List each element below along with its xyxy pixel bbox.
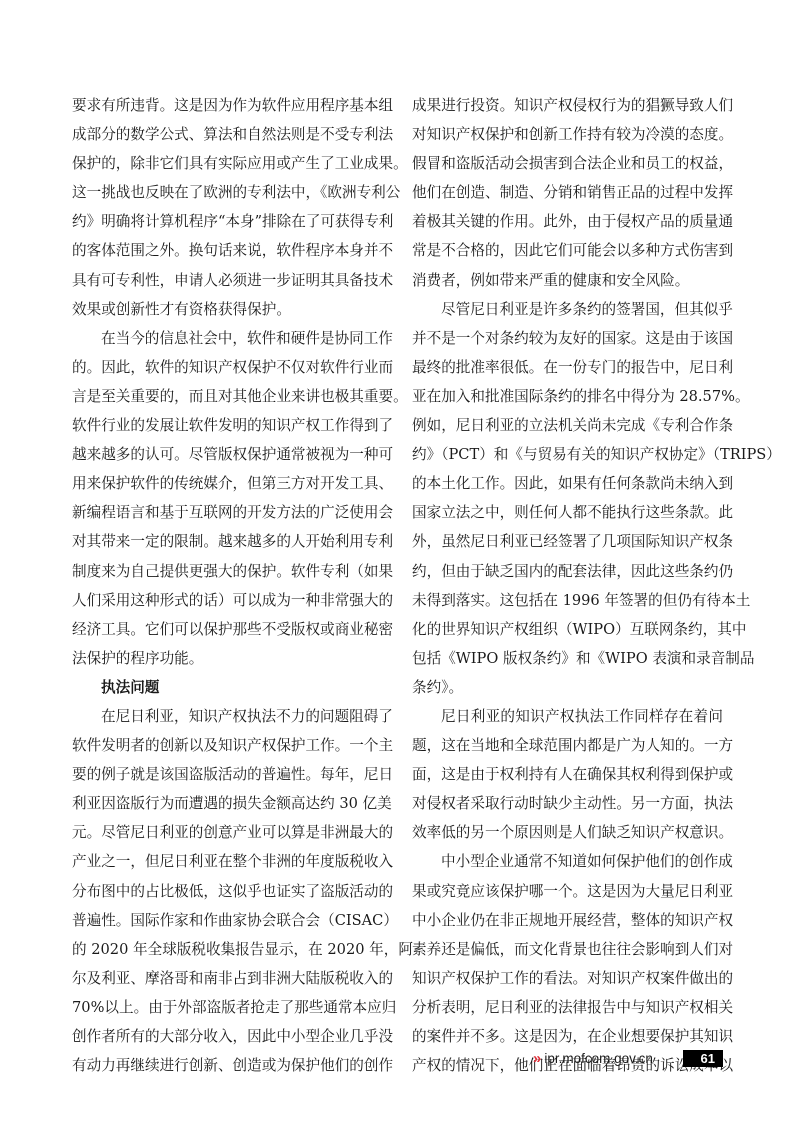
text-line: 效果或创新性才有资格获得保护。 (72, 295, 383, 324)
text-line: 成部分的数学公式、算法和自然法则是不受专利法 (72, 120, 383, 149)
text-line: 化的世界知识产权组织（WIPO）互联网条约，其中 (412, 615, 723, 644)
text-line: 素养还是偏低，而文化背景也往往会影响到人们对 (412, 935, 723, 964)
page-footer: » ipr.mofcom.gov.cn 61 (533, 1048, 653, 1068)
text-line: 假冒和盗版活动会损害到合法企业和员工的权益， (412, 149, 723, 178)
chevron-right-icon: » (533, 1050, 538, 1067)
text-line: 对其带来一定的限制。越来越多的人开始利用专利 (72, 527, 383, 556)
text-line: 这一挑战也反映在了欧洲的专利法中，《欧洲专利公 (72, 178, 383, 207)
text-line: 法保护的程序功能。 (72, 644, 383, 673)
text-line: 包括《WIPO 版权条约》和《WIPO 表演和录音制品 (412, 644, 723, 673)
page-number: 61 (683, 1050, 723, 1067)
text-line: 消费者，例如带来严重的健康和安全风险。 (412, 266, 723, 295)
text-line: 分布图中的占比极低，这似乎也证实了盗版活动的 (72, 877, 383, 906)
text-line: 亚在加入和批准国际条约的排名中得分为 28.57%。 (412, 382, 723, 411)
text-line: 软件行业的发展让软件发明的知识产权工作得到了 (72, 411, 383, 440)
website-link[interactable]: ipr.mofcom.gov.cn (544, 1051, 653, 1066)
text-line: 在尼日利亚，知识产权执法不力的问题阻碍了 (72, 702, 383, 731)
text-line: 制度来为自己提供更强大的保护。软件专利（如果 (72, 557, 383, 586)
text-line: 普遍性。国际作家和作曲家协会联合会（CISAC） (72, 906, 383, 935)
text-line: 知识产权保护工作的看法。对知识产权案件做出的 (412, 964, 723, 993)
left-column: 要求有所违背。这是因为作为软件应用程序基本组成部分的数学公式、算法和自然法则是不… (72, 91, 383, 1080)
text-line: 中小企业仍在非正规地开展经营，整体的知识产权 (412, 906, 723, 935)
text-line: 他们在创造、制造、分销和销售正品的过程中发挥 (412, 178, 723, 207)
text-line: 新编程语言和基于互联网的开发方法的广泛使用会 (72, 498, 383, 527)
section-heading: 执法问题 (72, 673, 383, 702)
text-line: 例如，尼日利亚的立法机关尚未完成《专利合作条 (412, 411, 723, 440)
text-line: 未得到落实。这包括在 1996 年签署的但仍有待本土 (412, 586, 723, 615)
text-line: 在当今的信息社会中，软件和硬件是协同工作 (72, 324, 383, 353)
text-line: 越来越多的认可。尽管版权保护通常被视为一种可 (72, 440, 383, 469)
text-line: 对知识产权保护和创新工作持有较为冷漠的态度。 (412, 120, 723, 149)
text-line: 的本土化工作。因此，如果有任何条款尚未纳入到 (412, 469, 723, 498)
text-line: 约，但由于缺乏国内的配套法律，因此这些条约仍 (412, 557, 723, 586)
right-column: 成果进行投资。知识产权侵权行为的猖獗导致人们对知识产权保护和创新工作持有较为冷漠… (412, 91, 723, 1080)
text-line: 具有可专利性，申请人必须进一步证明其具备技术 (72, 266, 383, 295)
text-line: 最终的批准率很低。在一份专门的报告中，尼日利 (412, 353, 723, 382)
text-line: 保护的，除非它们具有实际应用或产生了工业成果。 (72, 149, 383, 178)
text-line: 国家立法之中，则任何人都不能执行这些条款。此 (412, 498, 723, 527)
text-line: 的 2020 年全球版税收集报告显示，在 2020 年，阿 (72, 935, 383, 964)
text-line: 元。尽管尼日利亚的创意产业可以算是非洲最大的 (72, 818, 383, 847)
text-line: 软件发明者的创新以及知识产权保护工作。一个主 (72, 731, 383, 760)
text-line: 题，这在当地和全球范围内都是广为人知的。一方 (412, 731, 723, 760)
text-line: 70%以上。由于外部盗版者抢走了那些通常本应归 (72, 993, 383, 1022)
text-line: 分析表明，尼日利亚的法律报告中与知识产权相关 (412, 993, 723, 1022)
text-line: 效率低的另一个原因则是人们缺乏知识产权意识。 (412, 818, 723, 847)
text-line: 着极其关键的作用。此外，由于侵权产品的质量通 (412, 207, 723, 236)
text-line: 成果进行投资。知识产权侵权行为的猖獗导致人们 (412, 91, 723, 120)
text-line: 创作者所有的大部分收入，因此中小型企业几乎没 (72, 1022, 383, 1051)
text-line: 面，这是由于权利持有人在确保其权利得到保护或 (412, 760, 723, 789)
text-line: 有动力再继续进行创新、创造或为保护他们的创作 (72, 1051, 383, 1080)
text-line: 的案件并不多。这是因为，在企业想要保护其知识 (412, 1022, 723, 1051)
text-line: 利亚因盗版行为而遭遇的损失金额高达约 30 亿美 (72, 789, 383, 818)
text-line: 果或究竟应该保护哪一个。这是因为大量尼日利亚 (412, 877, 723, 906)
text-line: 外，虽然尼日利亚已经签署了几项国际知识产权条 (412, 527, 723, 556)
text-line: 的。因此，软件的知识产权保护不仅对软件行业而 (72, 353, 383, 382)
page-body: 要求有所违背。这是因为作为软件应用程序基本组成部分的数学公式、算法和自然法则是不… (72, 91, 723, 1080)
text-line: 的客体范围之外。换句话来说，软件程序本身并不 (72, 236, 383, 265)
text-line: 产业之一，但尼日利亚在整个非洲的年度版税收入 (72, 847, 383, 876)
text-line: 并不是一个对条约较为友好的国家。这是由于该国 (412, 324, 723, 353)
text-line: 要的例子就是该国盗版活动的普遍性。每年，尼日 (72, 760, 383, 789)
text-line: 尽管尼日利亚是许多条约的签署国，但其似乎 (412, 295, 723, 324)
text-line: 对侵权者采取行动时缺少主动性。另一方面，执法 (412, 789, 723, 818)
text-line: 言是至关重要的，而且对其他企业来讲也极其重要。 (72, 382, 383, 411)
text-line: 尔及利亚、摩洛哥和南非占到非洲大陆版税收入的 (72, 964, 383, 993)
text-line: 要求有所违背。这是因为作为软件应用程序基本组 (72, 91, 383, 120)
text-line: 尼日利亚的知识产权执法工作同样存在着问 (412, 702, 723, 731)
text-line: 常是不合格的，因此它们可能会以多种方式伤害到 (412, 236, 723, 265)
text-line: 经济工具。它们可以保护那些不受版权或商业秘密 (72, 615, 383, 644)
text-line: 条约》。 (412, 673, 723, 702)
text-line: 约》（PCT）和《与贸易有关的知识产权协定》（TRIPS） (412, 440, 723, 469)
text-line: 人们采用这种形式的话）可以成为一种非常强大的 (72, 586, 383, 615)
text-line: 中小型企业通常不知道如何保护他们的创作成 (412, 847, 723, 876)
text-line: 用来保护软件的传统媒介，但第三方对开发工具、 (72, 469, 383, 498)
text-line: 约》明确将计算机程序“本身”排除在了可获得专利 (72, 207, 383, 236)
